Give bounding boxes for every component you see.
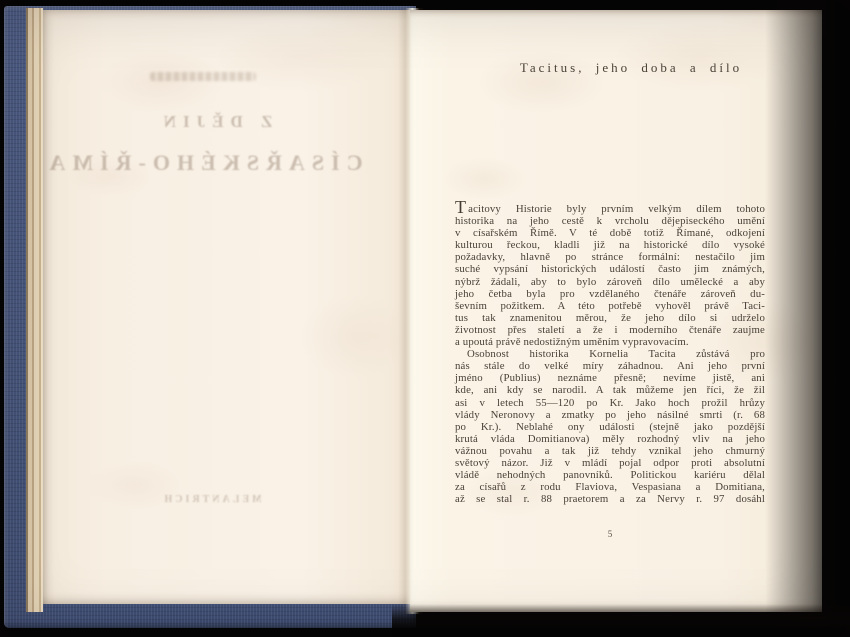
body-text-line: světový názor. Již v mládí pojal odpor p… — [455, 457, 765, 469]
body-text-line: ševním požitkem. A této potřebě vyhověl … — [455, 300, 765, 312]
body-text-line: vlády Neronovy a zmatky po jeho násilné … — [455, 409, 765, 421]
body-text-line: nás stále do velké míry záhadnou. Ani je… — [455, 360, 765, 372]
bleed-through-title-line1: Z DĚJIN — [31, 112, 398, 132]
bottom-edge-shadow — [392, 604, 850, 637]
body-text-line: kde, ani kdy se narodil. A tak můžeme je… — [455, 384, 765, 396]
bleed-through-smudge — [150, 72, 256, 81]
right-page: Tacitus, jeho doba a dílo Tacitovy Histo… — [410, 10, 822, 612]
paragraph-2-lines: nás stále do velké míry záhadnou. Ani je… — [455, 360, 765, 505]
left-page: Z DĚJIN CÍSAŘSKÉHO-ŘÍMA MELANTRICH — [43, 10, 410, 604]
body-text-line: v císařském Římě. V té době totiž Římané… — [455, 227, 765, 239]
paragraph-1-lines: historika na jeho cestě k vrcholu dějepi… — [455, 215, 765, 336]
bleed-through-publisher: MELANTRICH — [28, 494, 395, 505]
right-edge-shadow — [765, 0, 850, 637]
body-text-line: krutá vláda Domitianova) měly rozhodný v… — [455, 433, 765, 445]
body-text-line: jeho četba byla pro vzdělaného čtenáře z… — [455, 288, 765, 300]
body-text-line: acitovy Historie byly prvním velkým díle… — [468, 203, 765, 215]
page-texture — [43, 10, 410, 604]
paragraph-1-last-line: a upoutá právě nedostižným uměním vyprav… — [455, 336, 765, 348]
body-text-line: za císařů z rodu Flaviova, Vespasiana a … — [455, 481, 765, 493]
bleed-through-title-line2: CÍSAŘSKÉHO-ŘÍMA — [19, 150, 386, 176]
body-text-line: vládě nehodných panovníků. Politickou ka… — [455, 469, 765, 481]
body-text-line: nýbrž žádali, aby to bylo zároveň dílo u… — [455, 276, 765, 288]
page-number: 5 — [455, 529, 765, 539]
body-text-line: až se stal r. 88 praetorem a za Nervy r.… — [455, 493, 765, 505]
body-text-line: vážnou povahu a tak již tehdy vznikal je… — [455, 445, 765, 457]
body-text-line: kulturou řeckou, kladli již na historick… — [455, 239, 765, 251]
paragraph-2-first-line: Osobnost historika Kornelia Tacita zůstá… — [455, 348, 765, 360]
body-text-line: jméno (Publius) neznáme přesně; nevíme j… — [455, 372, 765, 384]
body-text-line: tus tak znamenitou měrou, že jeho dílo s… — [455, 312, 765, 324]
body-text: Tacitovy Historie byly prvním velkým díl… — [455, 203, 765, 505]
body-text-line: po Kr.). Neblahé ony události (stejně ja… — [455, 421, 765, 433]
body-text-line: historika na jeho cestě k vrcholu dějepi… — [455, 215, 765, 227]
body-text-line: suché vypsání historických událostí čast… — [455, 263, 765, 275]
book-photo: Z DĚJIN CÍSAŘSKÉHO-ŘÍMA MELANTRICH Tacit… — [0, 0, 850, 637]
page-edges — [26, 8, 43, 612]
body-text-line: asi v letech 55—120 po Kr. Jako hoch pro… — [455, 397, 765, 409]
running-head: Tacitus, jeho doba a dílo — [476, 60, 786, 76]
body-text-line: životnost přes staletí a že i moderního … — [455, 324, 765, 336]
body-text-line-first: Tacitovy Historie byly prvním velkým díl… — [455, 203, 765, 215]
body-text-line: požadavky, hlavně po stránce formální: n… — [455, 251, 765, 263]
